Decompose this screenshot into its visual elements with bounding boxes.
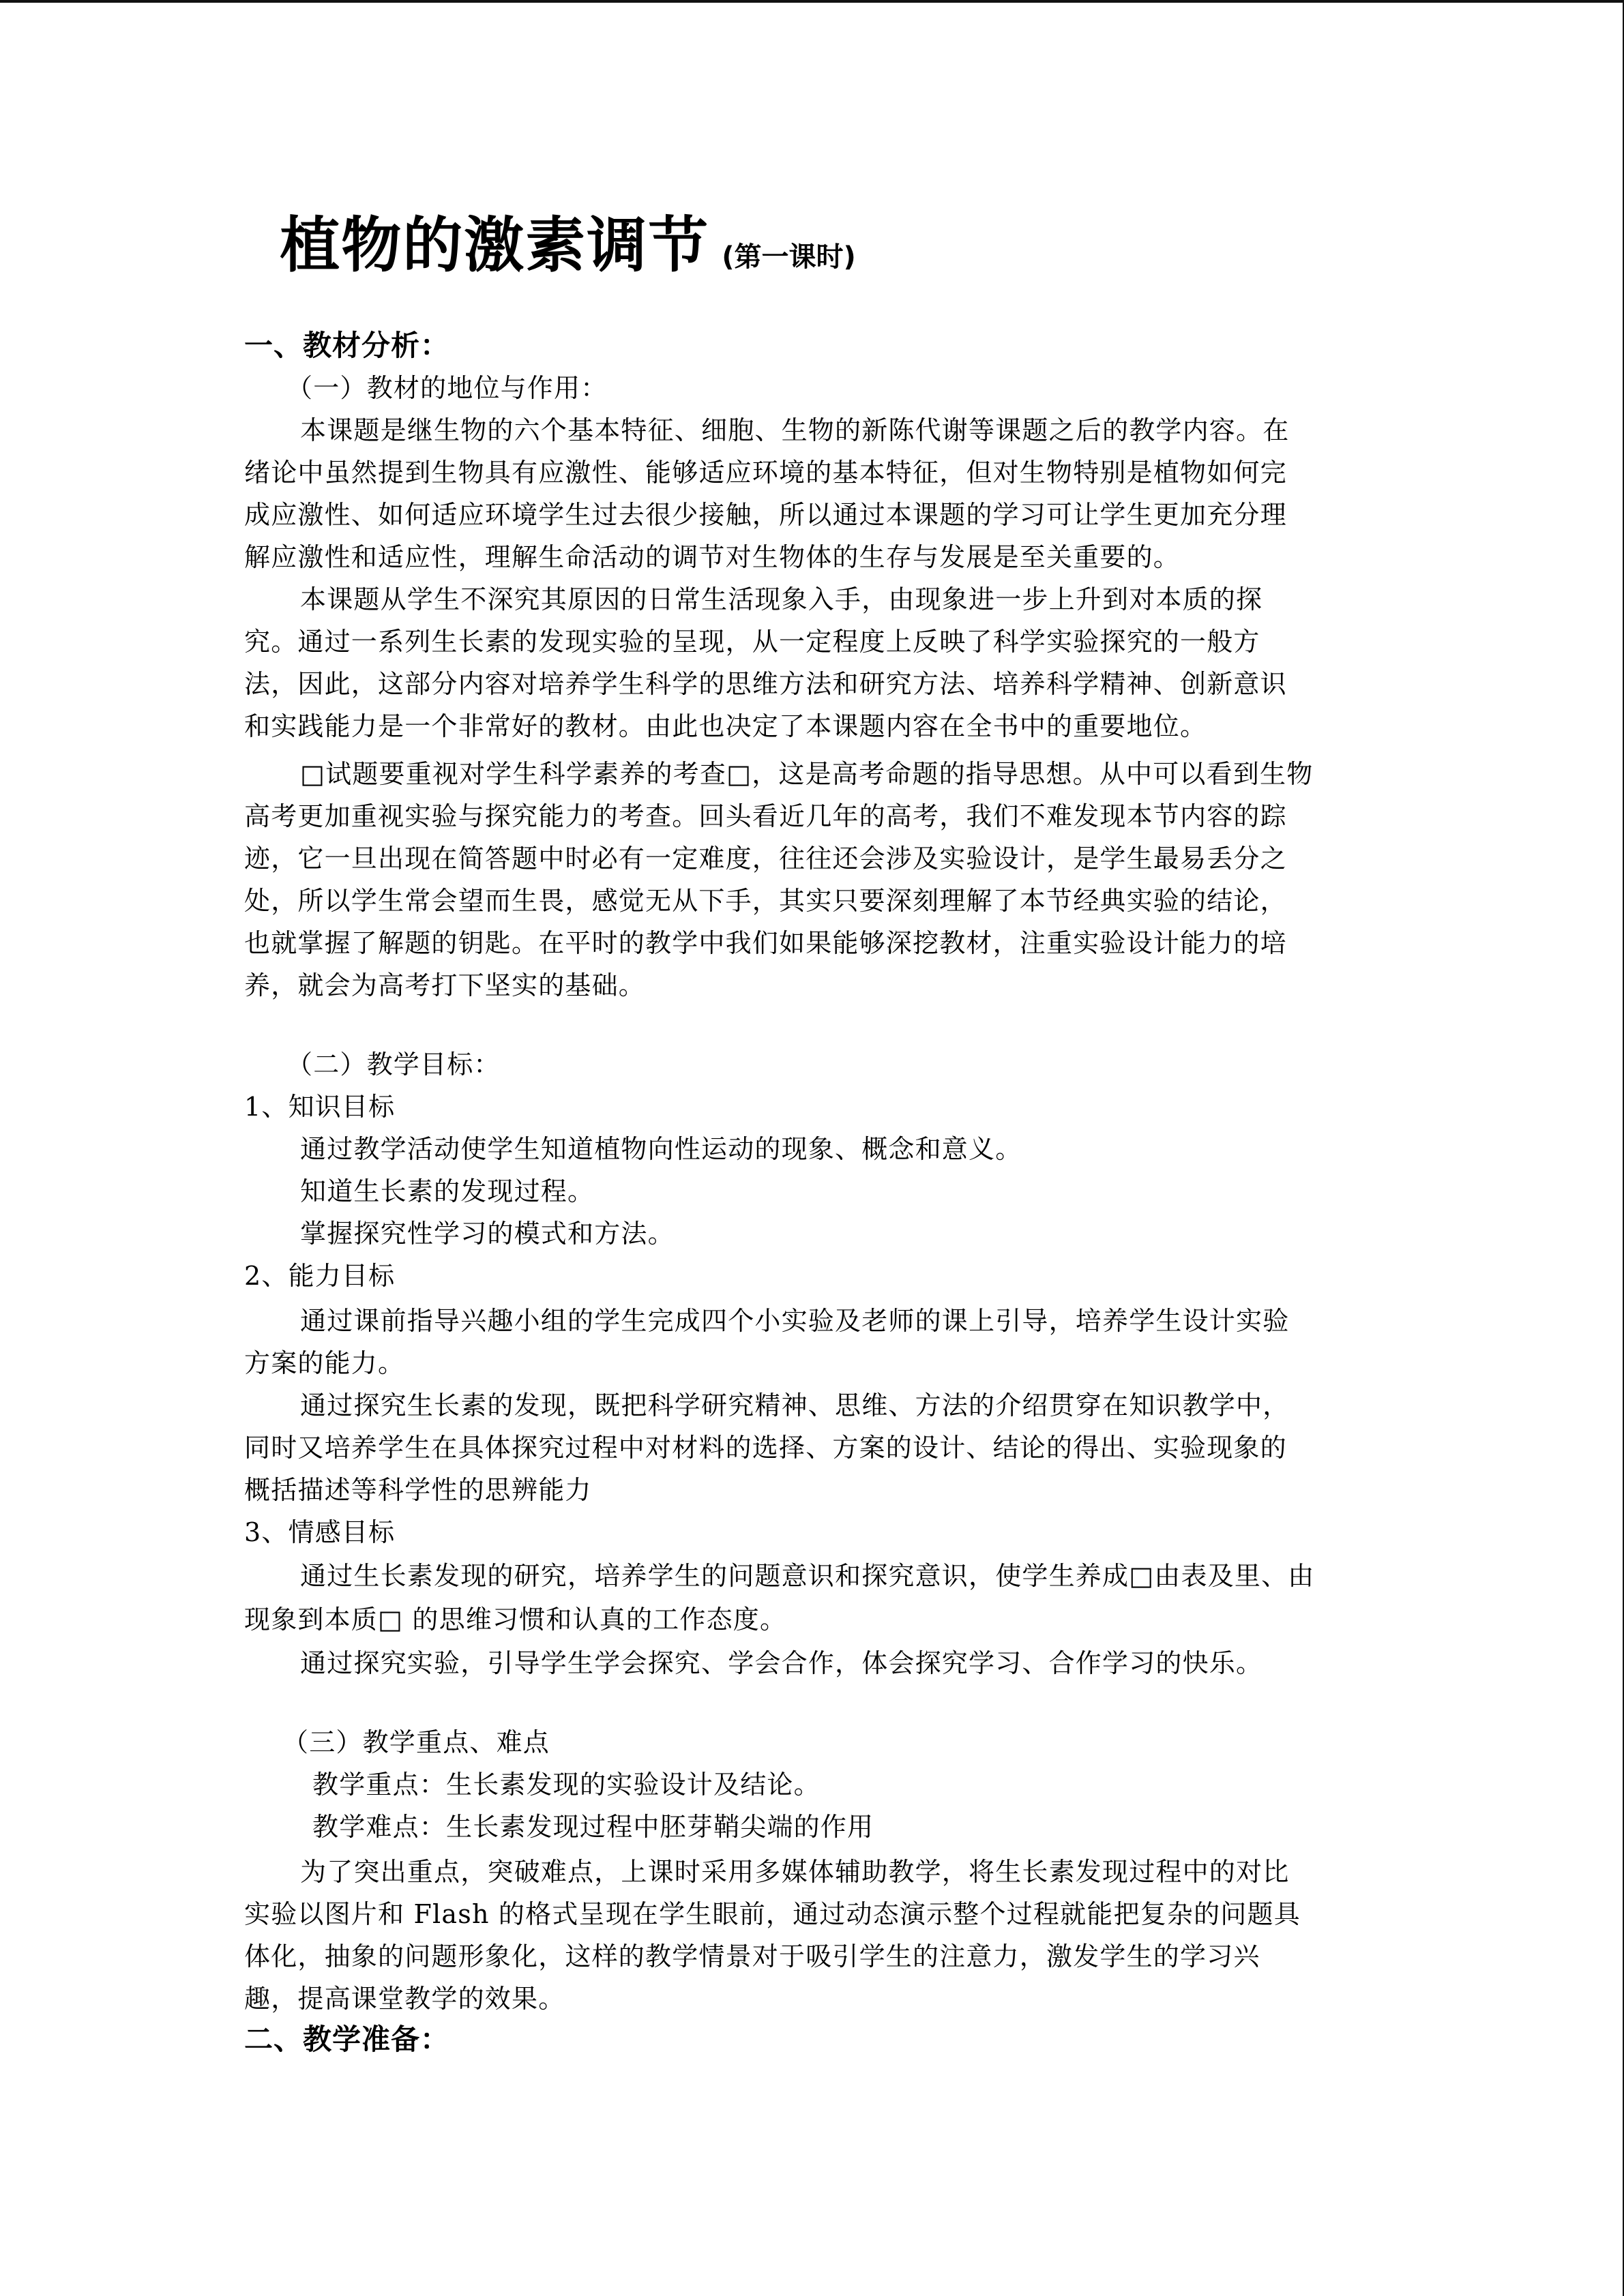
subsection-heading-2: （二）教学目标： [286,1047,1419,1082]
page-border-top [0,0,1624,3]
goal-label-emotion: 3、情感目标 [244,1515,1376,1549]
key-point: 教学重点：生长素发现的实验设计及结论。 [312,1768,1445,1802]
goal-label-ability: 2、能力目标 [244,1259,1376,1293]
goal-item: 掌握探究性学习的模式和方法。 [300,1217,1432,1251]
text-line: 体化，抽象的问题形象化，这样的教学情景对于吸引学生的注意力，激发学生的学习兴 [244,1939,1376,1973]
text-line: 通过探究实验，引导学生学会探究、学会合作，体会探究学习、合作学习的快乐。 [300,1646,1432,1680]
text-line: 为了突出重点，突破难点，上课时采用多媒体辅助教学，将生长素发现过程中的对比 [300,1855,1432,1889]
subsection-heading-1: （一）教材的地位与作用： [286,371,1419,405]
document-title: 植物的激素调节(第一课时) [0,198,1380,284]
text-line: 本课题从学生不深究其原因的日常生活现象入手，由现象进一步上升到对本质的探 [300,582,1432,616]
text-line: 实验以图片和 Flash 的格式呈现在学生眼前，通过动态演示整个过程就能把复杂的… [244,1897,1376,1931]
text-line: 方案的能力。 [244,1346,1376,1380]
text-line: 成应激性、如何适应环境学生过去很少接触，所以通过本课题的学习可让学生更加充分理 [244,498,1376,532]
section-heading-1: 一、教材分析： [244,329,1376,363]
text-line: 绪论中虽然提到生物具有应激性、能够适应环境的基本特征，但对生物特别是植物如何完 [244,456,1376,490]
difficulty-point: 教学难点：生长素发现过程中胚芽鞘尖端的作用 [312,1810,1445,1844]
text-line: 同时又培养学生在具体探究过程中对材料的选择、方案的设计、结论的得出、实验现象的 [244,1431,1376,1465]
subsection-heading-3: （三）教学重点、难点 [282,1725,1415,1759]
text-line: 高考更加重视实验与探究能力的考查。回头看近几年的高考，我们不难发现本节内容的踪 [244,799,1376,833]
text-line: 究。通过一系列生长素的发现实验的呈现，从一定程度上反映了科学实验探究的一般方 [244,625,1376,659]
text-line: 通过探究生长素的发现，既把科学研究精神、思维、方法的介绍贯穿在知识教学中， [300,1388,1432,1422]
text-line: 法，因此，这部分内容对培养学生科学的思维方法和研究方法、培养科学精神、创新意识 [244,667,1376,701]
text-line: 通过生长素发现的研究，培养学生的问题意识和探究意识，使学生养成□由表及里、由 [300,1559,1432,1593]
text-line: 通过课前指导兴趣小组的学生完成四个小实验及老师的课上引导，培养学生设计实验 [300,1304,1432,1338]
section-heading-2: 二、教学准备： [244,2023,1376,2057]
text-line: 也就掌握了解题的钥匙。在平时的教学中我们如果能够深挖教材，注重实验设计能力的培 [244,926,1376,960]
text-line: 和实践能力是一个非常好的教材。由此也决定了本课题内容在全书中的重要地位。 [244,709,1376,743]
text-line: 概括描述等科学性的思辨能力 [244,1473,1376,1507]
goal-label-knowledge: 1、知识目标 [244,1090,1376,1124]
text-line: 本课题是继生物的六个基本特征、细胞、生物的新陈代谢等课题之后的教学内容。在 [300,413,1432,447]
goal-item: 知道生长素的发现过程。 [300,1174,1432,1208]
text-line: 迹，它一旦出现在简答题中时必有一定难度，往往还会涉及实验设计，是学生最易丢分之 [244,841,1376,876]
title-main: 植物的激素调节 [280,210,709,280]
text-line: 处，所以学生常会望而生畏，感觉无从下手，其实只要深刻理解了本节经典实验的结论， [244,884,1376,918]
text-line: 趣，提高课堂教学的效果。 [244,1982,1376,2016]
text-line: 解应激性和适应性，理解生命活动的调节对生物体的生存与发展是至关重要的。 [244,540,1376,574]
text-line: 养，就会为高考打下坚实的基础。 [244,968,1376,1002]
text-line: 现象到本质□ 的思维习惯和认真的工作态度。 [244,1602,1376,1637]
goal-item: 通过教学活动使学生知道植物向性运动的现象、概念和意义。 [300,1132,1432,1166]
title-subtitle: (第一课时) [722,241,856,273]
text-line: □试题要重视对学生科学素养的考查□，这是高考命题的指导思想。从中可以看到生物 [300,757,1432,791]
